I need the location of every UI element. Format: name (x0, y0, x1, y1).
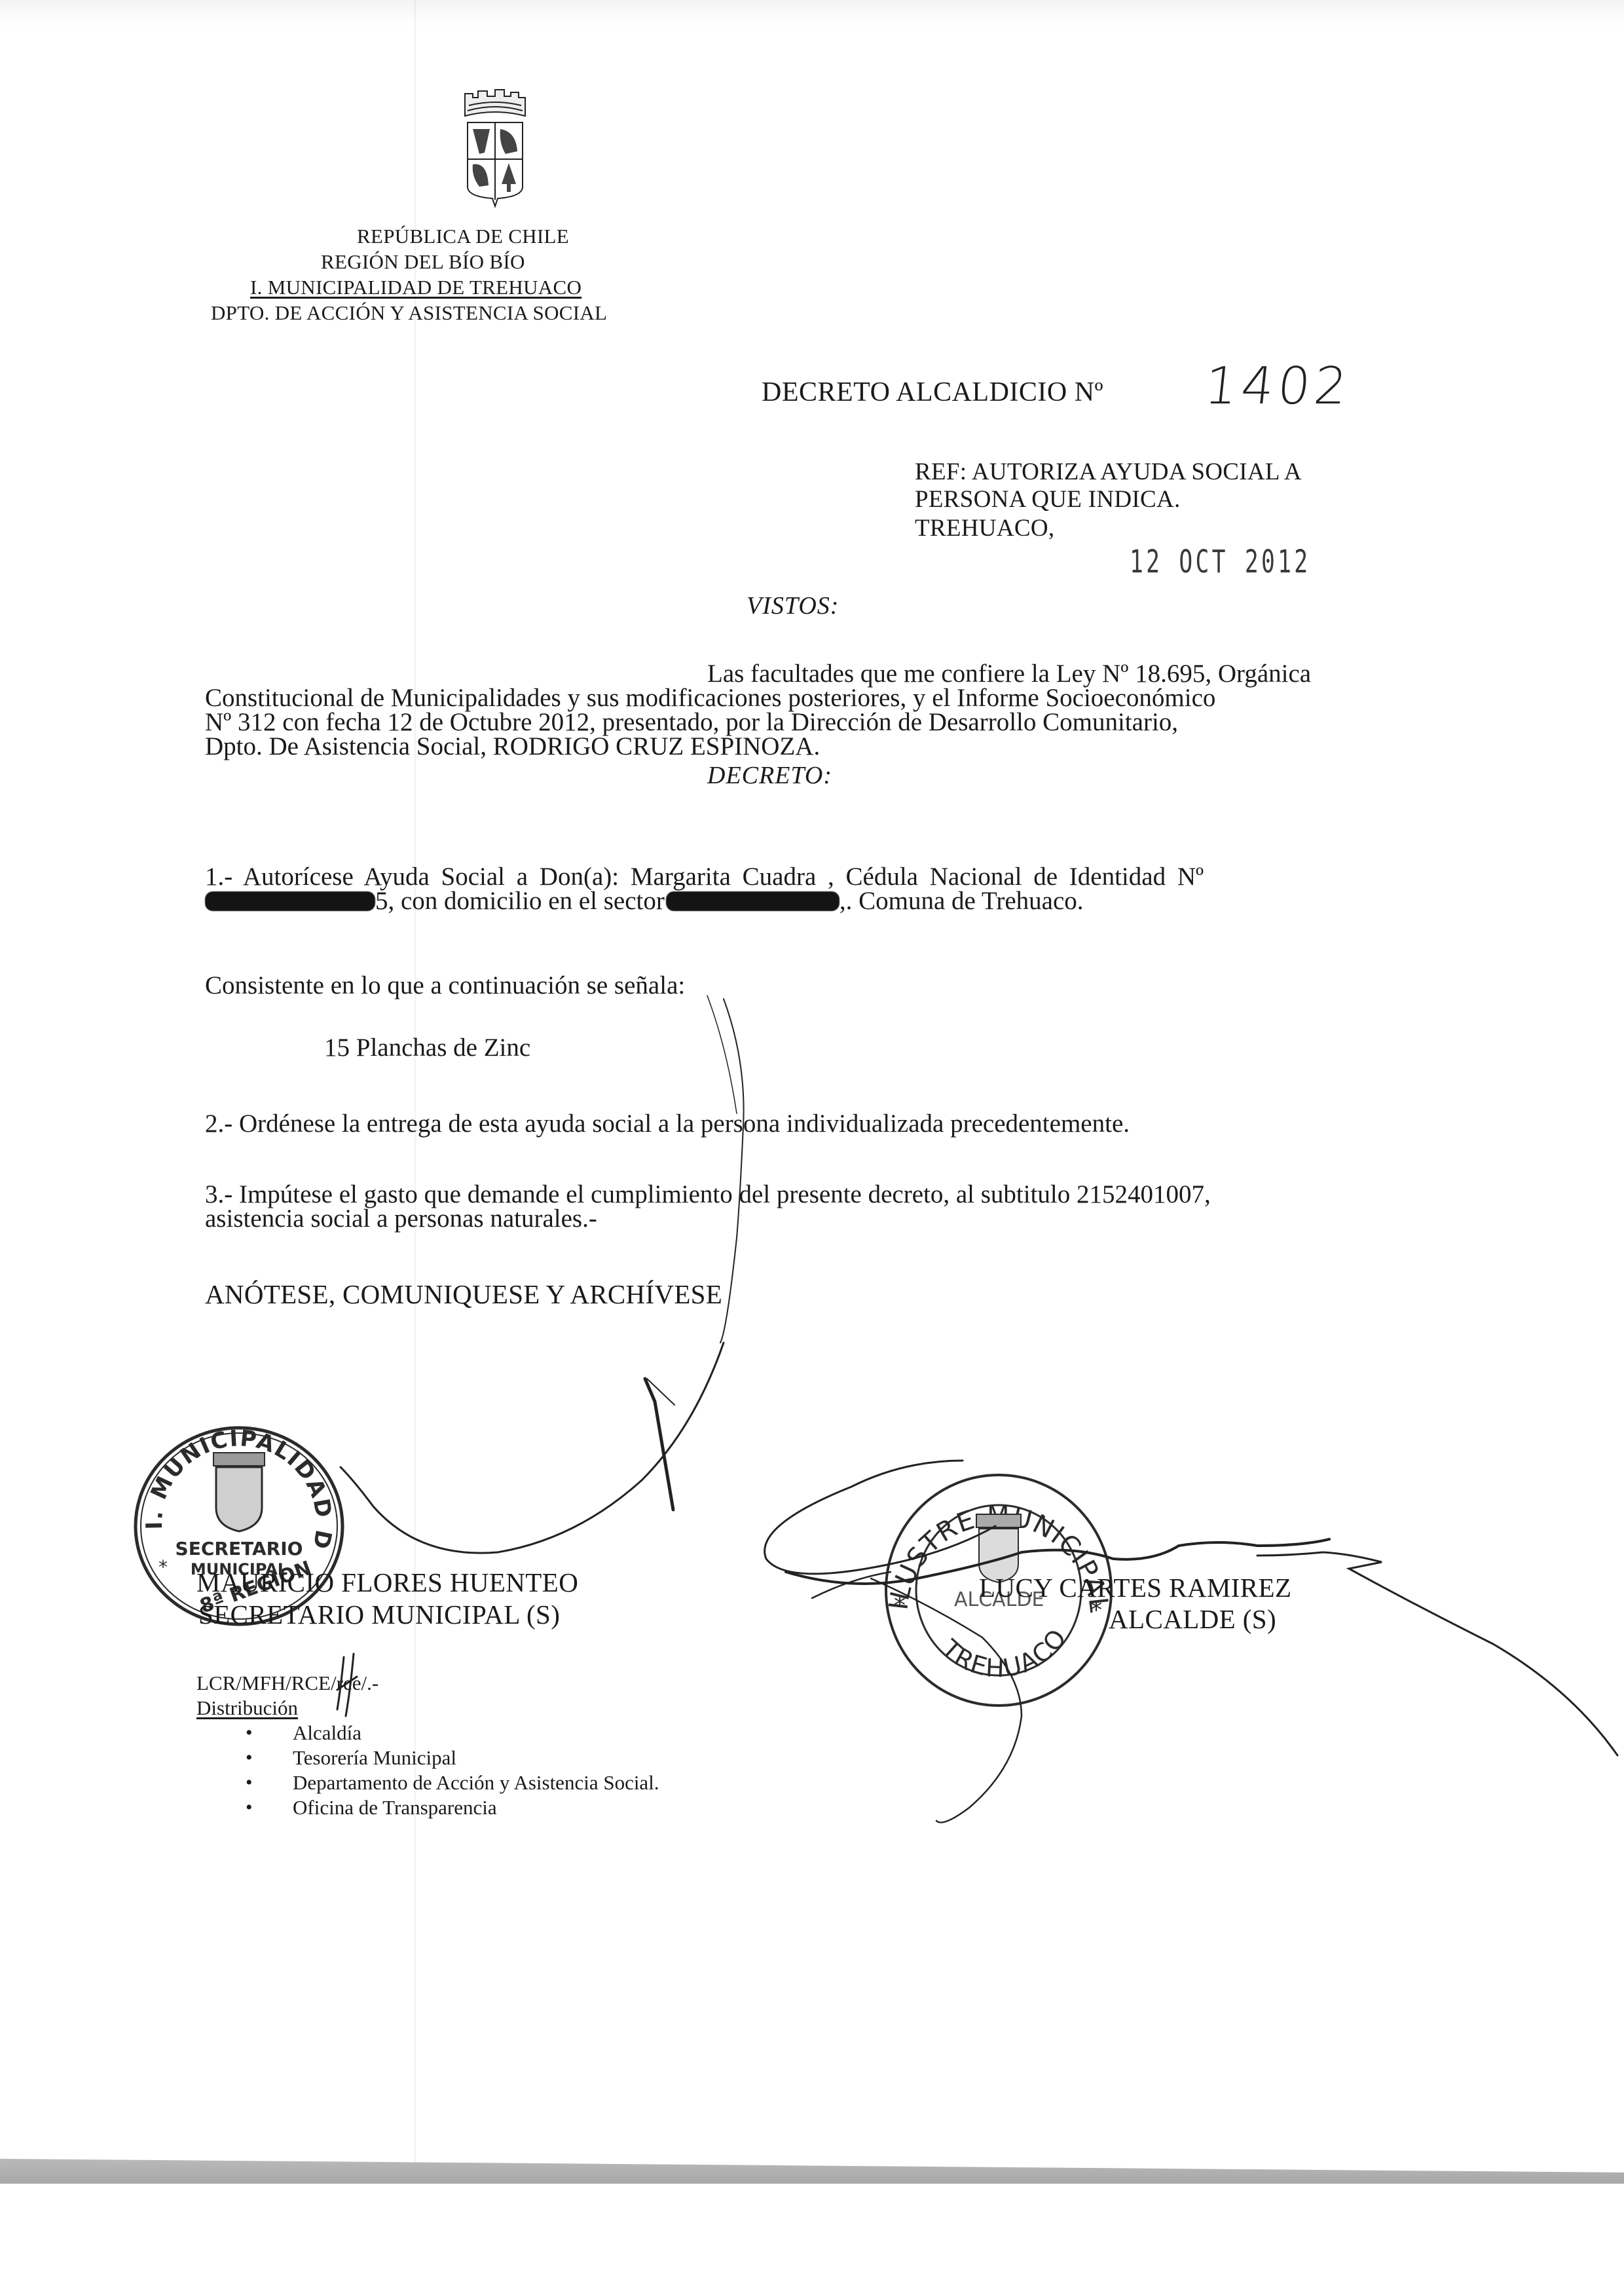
ref-line-1: REF: AUTORIZA AYUDA SOCIAL A (915, 458, 1302, 486)
redacted-id-number (205, 891, 375, 911)
typist-initials: LCR/MFH/RCE/rce/.- (196, 1671, 378, 1695)
items-given: 15 Planchas de Zinc (324, 1036, 530, 1060)
decreto-heading: DECRETO: (707, 761, 832, 790)
mayor-title: ALCALDE (S) (1109, 1604, 1276, 1634)
svg-text:*: * (158, 1556, 168, 1578)
svg-text:TREHUACO: TREHUACO (936, 1623, 1073, 1683)
secretary-title: SECRETARIO MUNICIPAL (S) (198, 1599, 560, 1630)
coat-of-arms-icon (458, 88, 532, 208)
distribution-item: Tesorería Municipal (246, 1745, 659, 1770)
consistente-line: Consistente en lo que a continuación se … (205, 973, 685, 998)
redacted-sector (666, 891, 840, 911)
svg-text:*: * (894, 1592, 906, 1619)
closing-formula: ANÓTESE, COMUNIQUESE Y ARCHÍVESE (205, 1278, 722, 1310)
decree-number-handwritten: 1402 (1202, 357, 1354, 416)
item-2: 2.- Ordénese la entrega de esta ayuda so… (205, 1111, 1130, 1136)
ref-place: TREHUACO, (915, 515, 1054, 542)
distribution-item: Alcaldía (246, 1721, 659, 1745)
item-1-domicile-text: 5, con domicilio en el sector (375, 887, 665, 915)
vistos-line: Dpto. De Asistencia Social, RODRIGO CRUZ… (205, 734, 820, 758)
secretary-name: MAURICIO FLORES HUENTEO (196, 1567, 578, 1597)
vistos-line: Constitucional de Municipalidades y sus … (205, 686, 1215, 710)
item-1-line-1: 1.- Autorícese Ayuda Social a Don(a): Ma… (205, 865, 1204, 889)
distribution-heading: Distribución (196, 1696, 298, 1720)
item-3-line-2: asistencia social a personas naturales.- (205, 1206, 597, 1231)
scan-fold-line (415, 0, 416, 2181)
ref-line-2: PERSONA QUE INDICA. (915, 486, 1181, 513)
header-department: DPTO. DE ACCIÓN Y ASISTENCIA SOCIAL (211, 301, 607, 325)
header-country: REPÚBLICA DE CHILE (357, 224, 569, 248)
distribution-item: Oficina de Transparencia (246, 1795, 659, 1820)
vistos-line: Las facultades que me confiere la Ley Nº… (707, 662, 1311, 686)
date-stamp: 12 OCT 2012 (1130, 544, 1310, 580)
vistos-line: Nº 312 con fecha 12 de Octubre 2012, pre… (205, 710, 1178, 734)
item-1-line-2: 5, con domicilio en el sector,. Comuna d… (205, 889, 1084, 913)
distribution-item: Departamento de Acción y Asistencia Soci… (246, 1770, 659, 1795)
item-3-line-1: 3.- Impútese el gasto que demande el cum… (205, 1182, 1211, 1206)
svg-text:SECRETARIO: SECRETARIO (175, 1538, 303, 1559)
vistos-heading: VISTOS: (747, 591, 839, 620)
header-region: REGIÓN DEL BÍO BÍO (321, 250, 525, 274)
header-municipality: I. MUNICIPALIDAD DE TREHUACO (250, 275, 581, 299)
item-1-commune-text: ,. Comuna de Trehuaco. (840, 887, 1084, 915)
decree-title: DECRETO ALCALDICIO Nº (762, 377, 1103, 408)
distribution-list: Alcaldía Tesorería Municipal Departament… (246, 1721, 659, 1820)
document-page (0, 0, 1624, 2184)
mayor-name: LUCY CARTES RAMIREZ (979, 1573, 1291, 1603)
